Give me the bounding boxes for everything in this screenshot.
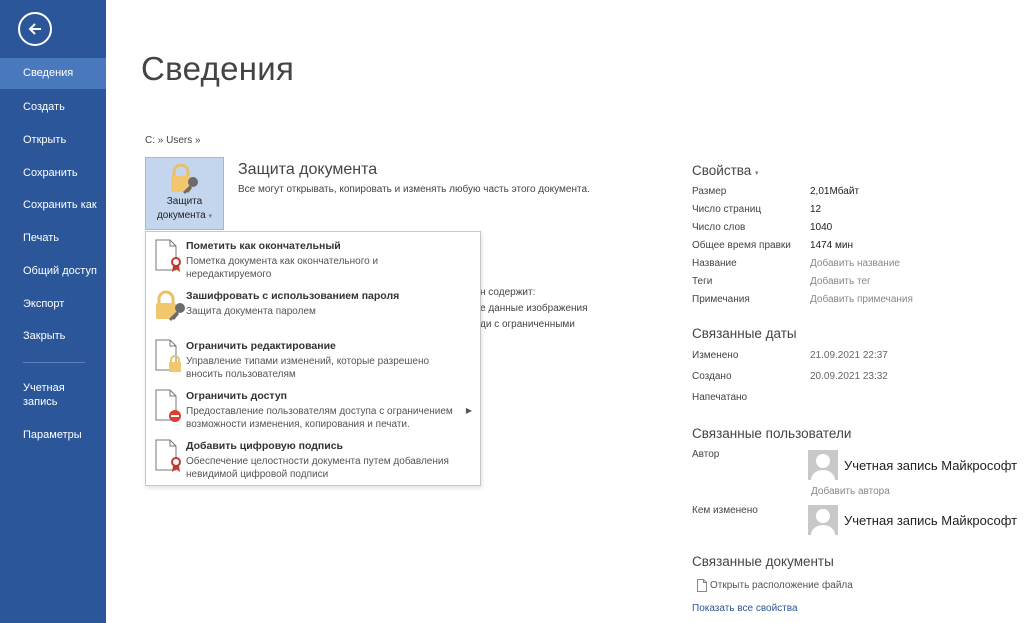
document-icon — [697, 579, 707, 592]
lock-key-icon — [154, 288, 186, 324]
inspect-text-line: н содержит: — [480, 287, 535, 298]
sidebar-item-options[interactable]: Параметры — [0, 428, 106, 442]
arrow-left-icon — [26, 20, 44, 38]
avatar — [808, 505, 838, 535]
modified-by-label: Кем изменено — [692, 505, 758, 516]
submenu-arrow-icon: ▶ — [466, 406, 472, 415]
protect-document-label: Защита документа ▾ — [146, 195, 223, 224]
sidebar-item-open[interactable]: Открыть — [0, 133, 106, 147]
menu-item-description: Управление типами изменений, которые раз… — [186, 355, 471, 381]
chevron-down-icon: ▾ — [755, 170, 759, 177]
add-author-link[interactable]: Добавить автора — [811, 486, 890, 497]
sidebar-divider — [23, 362, 85, 363]
add-tag-field[interactable]: Добавить тег — [810, 276, 871, 287]
related-people-heading: Связанные пользователи — [692, 426, 851, 441]
date-label-created: Создано — [692, 371, 732, 382]
sidebar-item-info[interactable]: Сведения — [0, 58, 106, 89]
inspect-text-line: ди с ограниченными — [480, 319, 575, 330]
sidebar-item-save[interactable]: Сохранить — [0, 166, 106, 180]
prop-label-comments: Примечания — [692, 294, 750, 305]
chevron-down-icon: ▾ — [209, 213, 213, 220]
back-button[interactable] — [18, 12, 52, 46]
sidebar-item-print[interactable]: Печать — [0, 231, 106, 245]
protect-document-menu: Пометить как окончательный Пометка докум… — [145, 231, 481, 486]
related-dates-heading: Связанные даты — [692, 326, 797, 341]
menu-item-description: Предоставление пользователям доступа с о… — [186, 405, 471, 431]
prop-label-edit-time: Общее время правки — [692, 240, 791, 251]
menu-item-description: Обеспечение целостности документа путем … — [186, 455, 471, 481]
menu-item-title: Пометить как окончательный — [186, 240, 341, 252]
backstage-sidebar: Сведения Создать Открыть Сохранить Сохра… — [0, 0, 106, 623]
sidebar-item-new[interactable]: Создать — [0, 100, 106, 114]
show-all-properties-link[interactable]: Показать все свойства — [692, 603, 798, 614]
sidebar-item-save-as[interactable]: Сохранить как — [0, 198, 106, 212]
page-title: Сведения — [141, 50, 294, 88]
prop-label-words: Число слов — [692, 222, 745, 233]
sidebar-item-account[interactable]: Учетная запись — [0, 381, 80, 409]
inspect-text-line: е данные изображения — [480, 303, 588, 314]
prop-label-pages: Число страниц — [692, 204, 761, 215]
menu-item-digital-signature[interactable]: Добавить цифровую подпись Обеспечение це… — [146, 434, 480, 484]
protect-description: Все могут открывать, копировать и изменя… — [238, 184, 590, 195]
prop-label-size: Размер — [692, 186, 726, 197]
author-label: Автор — [692, 449, 719, 460]
prop-value-size: 2,01Мбайт — [810, 186, 859, 197]
open-file-location-link[interactable]: Открыть расположение файла — [697, 579, 853, 592]
sidebar-item-close[interactable]: Закрыть — [0, 329, 106, 343]
properties-heading[interactable]: Свойства ▾ — [692, 163, 759, 178]
menu-item-description: Защита документа паролем — [186, 305, 471, 318]
prop-label-tags: Теги — [692, 276, 712, 287]
add-comments-field[interactable]: Добавить примечания — [810, 294, 913, 305]
menu-item-title: Ограничить доступ — [186, 390, 287, 402]
prop-label-title: Название — [692, 258, 737, 269]
sidebar-item-share[interactable]: Общий доступ — [0, 264, 106, 278]
protect-heading: Защита документа — [238, 161, 377, 179]
user-silhouette-icon — [808, 450, 838, 480]
date-label-printed: Напечатано — [692, 392, 747, 403]
sidebar-item-export[interactable]: Экспорт — [0, 297, 106, 311]
modified-by-name[interactable]: Учетная запись Майкрософт — [844, 513, 1017, 528]
restrict-access-icon — [154, 388, 186, 424]
date-value-modified: 21.09.2021 22:37 — [810, 350, 888, 361]
menu-item-restrict-access[interactable]: Ограничить доступ Предоставление пользов… — [146, 384, 480, 434]
menu-item-description: Пометка документа как окончательного ине… — [186, 255, 471, 281]
restrict-editing-icon — [154, 338, 186, 374]
date-value-created: 20.09.2021 23:32 — [810, 371, 888, 382]
author-name[interactable]: Учетная запись Майкрософт — [844, 458, 1017, 473]
avatar — [808, 450, 838, 480]
menu-item-title: Добавить цифровую подпись — [186, 440, 343, 452]
menu-item-restrict-editing[interactable]: Ограничить редактирование Управление тип… — [146, 334, 480, 384]
prop-value-words: 1040 — [810, 222, 832, 233]
user-silhouette-icon — [808, 505, 838, 535]
lock-key-icon — [168, 164, 202, 194]
protect-document-button[interactable]: Защита документа ▾ — [145, 157, 224, 230]
mark-final-icon — [154, 238, 186, 274]
breadcrumb[interactable]: C: » Users » — [145, 135, 201, 146]
digital-signature-icon — [154, 438, 186, 474]
menu-item-title: Ограничить редактирование — [186, 340, 336, 352]
menu-item-title: Зашифровать с использованием пароля — [186, 290, 399, 302]
menu-item-encrypt-password[interactable]: Зашифровать с использованием пароля Защи… — [146, 284, 480, 334]
prop-value-pages: 12 — [810, 204, 821, 215]
prop-value-edit-time: 1474 мин — [810, 240, 853, 251]
related-docs-heading: Связанные документы — [692, 554, 834, 569]
add-title-field[interactable]: Добавить название — [810, 258, 900, 269]
menu-item-mark-final[interactable]: Пометить как окончательный Пометка докум… — [146, 234, 480, 284]
date-label-modified: Изменено — [692, 350, 738, 361]
